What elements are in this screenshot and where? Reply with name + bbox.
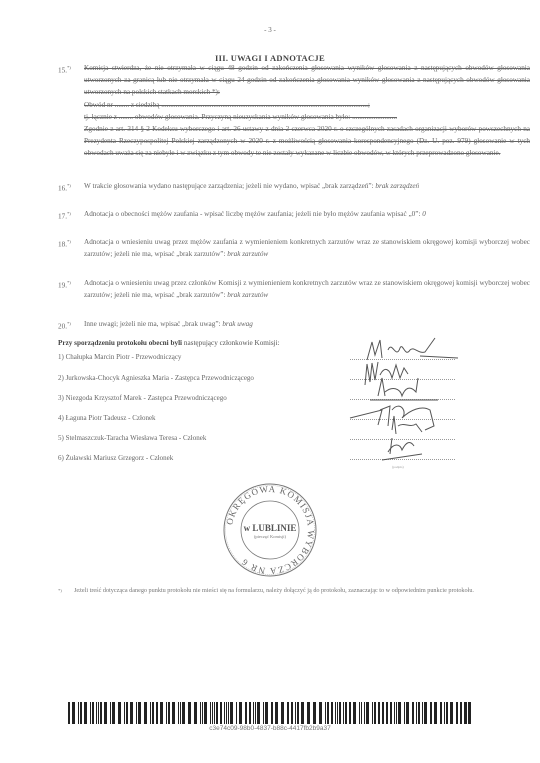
item-16: 16.*) W trakcie głosowania wydano następ… (58, 180, 530, 192)
signatures-image (330, 330, 500, 500)
item-18-text: Adnotacja o wniesieniu uwag przez mężów … (84, 238, 530, 258)
item-number: 20.*) (58, 318, 82, 333)
item-15-text: Komisja stwierdza, że nie otrzymała w ci… (84, 62, 530, 99)
item-number: 15.*) (58, 62, 82, 77)
item-number: 19.*) (58, 277, 82, 292)
item-16-answer: brak zarządzeń (375, 182, 419, 190)
item-17-answer: 0 (422, 210, 426, 218)
page-number: - 3 - (0, 26, 540, 34)
member-6: 6) Żuławski Mariusz Grzegorz - Członek (58, 454, 173, 462)
item-number: 17.*) (58, 208, 82, 223)
item-15-legal-text: Zgodnie z art. 314 § 2 Kodeksu wyborczeg… (84, 123, 530, 160)
svg-text:(pieczęć Komisji): (pieczęć Komisji) (254, 534, 287, 539)
item-19: 19.*) Adnotacja o wniesieniu uwag przez … (58, 277, 530, 301)
item-15-district-line: Obwód nr ........ z siedzibą ...........… (84, 99, 530, 111)
item-20-text: Inne uwagi; jeżeli nie ma, wpisać „brak … (84, 320, 221, 328)
document-barcode (68, 702, 472, 724)
item-17-text: Adnotacja o obecności mężów zaufania - w… (84, 210, 420, 218)
item-19-text: Adnotacja o wniesieniu uwag przez członk… (84, 279, 530, 299)
item-16-text: W trakcie głosowania wydano następujące … (84, 182, 374, 190)
item-number: 16.*) (58, 180, 82, 195)
member-4: 4) Łaguna Piotr Tadeusz - Członek (58, 414, 156, 422)
item-18: 18.*) Adnotacja o wniesieniu uwag przez … (58, 236, 530, 260)
item-15-total-line: tj. łącznie z ........ obwodów głosowani… (84, 111, 530, 123)
item-19-answer: brak zarzutów (227, 291, 268, 299)
footnote: *) Jeżeli treść dotycząca danego punktu … (58, 586, 498, 595)
member-3: 3) Niezgoda Krzysztof Marek - Zastępca P… (58, 394, 227, 402)
item-15: 15.*) Komisja stwierdza, że nie otrzymał… (58, 62, 530, 160)
barcode-text: c3e74c09-98b0-4837-b88c-4417fb2b9a37 (0, 725, 540, 732)
item-20-answer: brak uwag (222, 320, 253, 328)
footnote-text: Jeżeli treść dotycząca danego punktu pro… (74, 586, 498, 595)
footnote-mark: *) (58, 586, 62, 595)
commission-stamp: OKRĘGOWA KOMISJA WYBORCZA NR 6 w LUBLINI… (222, 482, 318, 578)
item-number: 18.*) (58, 236, 82, 251)
members-heading: Przy sporządzeniu protokołu obecni byli … (58, 339, 280, 347)
item-20: 20.*) Inne uwagi; jeżeli nie ma, wpisać … (58, 318, 530, 330)
item-18-answer: brak zarzutów (227, 250, 268, 258)
svg-text:w LUBLINIE: w LUBLINIE (244, 523, 297, 533)
member-1: 1) Chałupka Marcin Piotr - Przewodnicząc… (58, 353, 181, 361)
member-2: 2) Jurkowska-Chocyk Agnieszka Maria - Za… (58, 374, 254, 382)
item-17: 17.*) Adnotacja o obecności mężów zaufan… (58, 208, 530, 220)
member-5: 5) Stelmaszczuk-Taracha Wiesława Teresa … (58, 434, 206, 442)
